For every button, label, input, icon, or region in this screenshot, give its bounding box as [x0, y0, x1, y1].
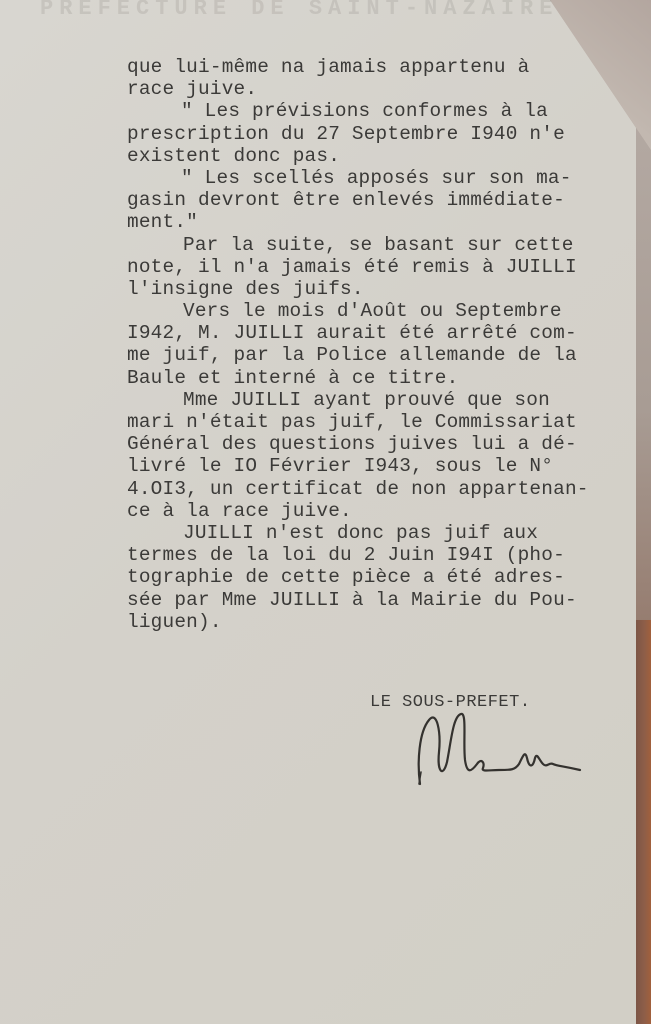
text-line: l'insigne des juifs.	[127, 278, 647, 300]
text-line: Par la suite, se basant sur cette	[127, 234, 647, 256]
text-line: liguen).	[127, 611, 647, 633]
text-line: Mme JUILLI ayant prouvé que son	[127, 389, 647, 411]
text-line: existent donc pas.	[127, 145, 647, 167]
text-line: termes de la loi du 2 Juin I94I (pho-	[127, 544, 647, 566]
text-line: I942, M. JUILLI aurait été arrêté com-	[127, 322, 647, 344]
text-line: Vers le mois d'Août ou Septembre	[127, 300, 647, 322]
text-line: Général des questions juives lui a dé-	[127, 433, 647, 455]
text-line: tographie de cette pièce a été adres-	[127, 566, 647, 588]
text-line: JUILLI n'est donc pas juif aux	[127, 522, 647, 544]
text-line: Baule et interné à ce titre.	[127, 367, 647, 389]
text-line: note, il n'a jamais été remis à JUILLI	[127, 256, 647, 278]
signatory-title: LE SOUS-PREFET.	[370, 693, 531, 712]
text-line: que lui-même na jamais appartenu à	[127, 56, 647, 78]
text-line: ment."	[127, 211, 647, 233]
text-line: livré le IO Février I943, sous le N°	[127, 455, 647, 477]
text-line: gasin devront être enlevés immédiate-	[127, 189, 647, 211]
text-line: sée par Mme JUILLI à la Mairie du Pou-	[127, 589, 647, 611]
text-line: ce à la race juive.	[127, 500, 647, 522]
handwritten-signature-icon	[415, 712, 590, 792]
text-line: 4.OI3, un certificat de non appartenan-	[127, 478, 647, 500]
typed-letter-body: que lui-même na jamais appartenu à race …	[127, 56, 647, 633]
text-line: prescription du 27 Septembre I940 n'e	[127, 123, 647, 145]
text-line: race juive.	[127, 78, 647, 100]
text-line: mari n'était pas juif, le Commissariat	[127, 411, 647, 433]
text-line: " Les scellés apposés sur son ma-	[127, 167, 647, 189]
wood-table-edge	[635, 620, 651, 1024]
text-line: me juif, par la Police allemande de la	[127, 344, 647, 366]
faint-letterhead-show-through: PRÉFECTURE DE SAINT-NAZAIRE	[40, 0, 558, 21]
text-line: " Les prévisions conformes à la	[127, 100, 647, 122]
